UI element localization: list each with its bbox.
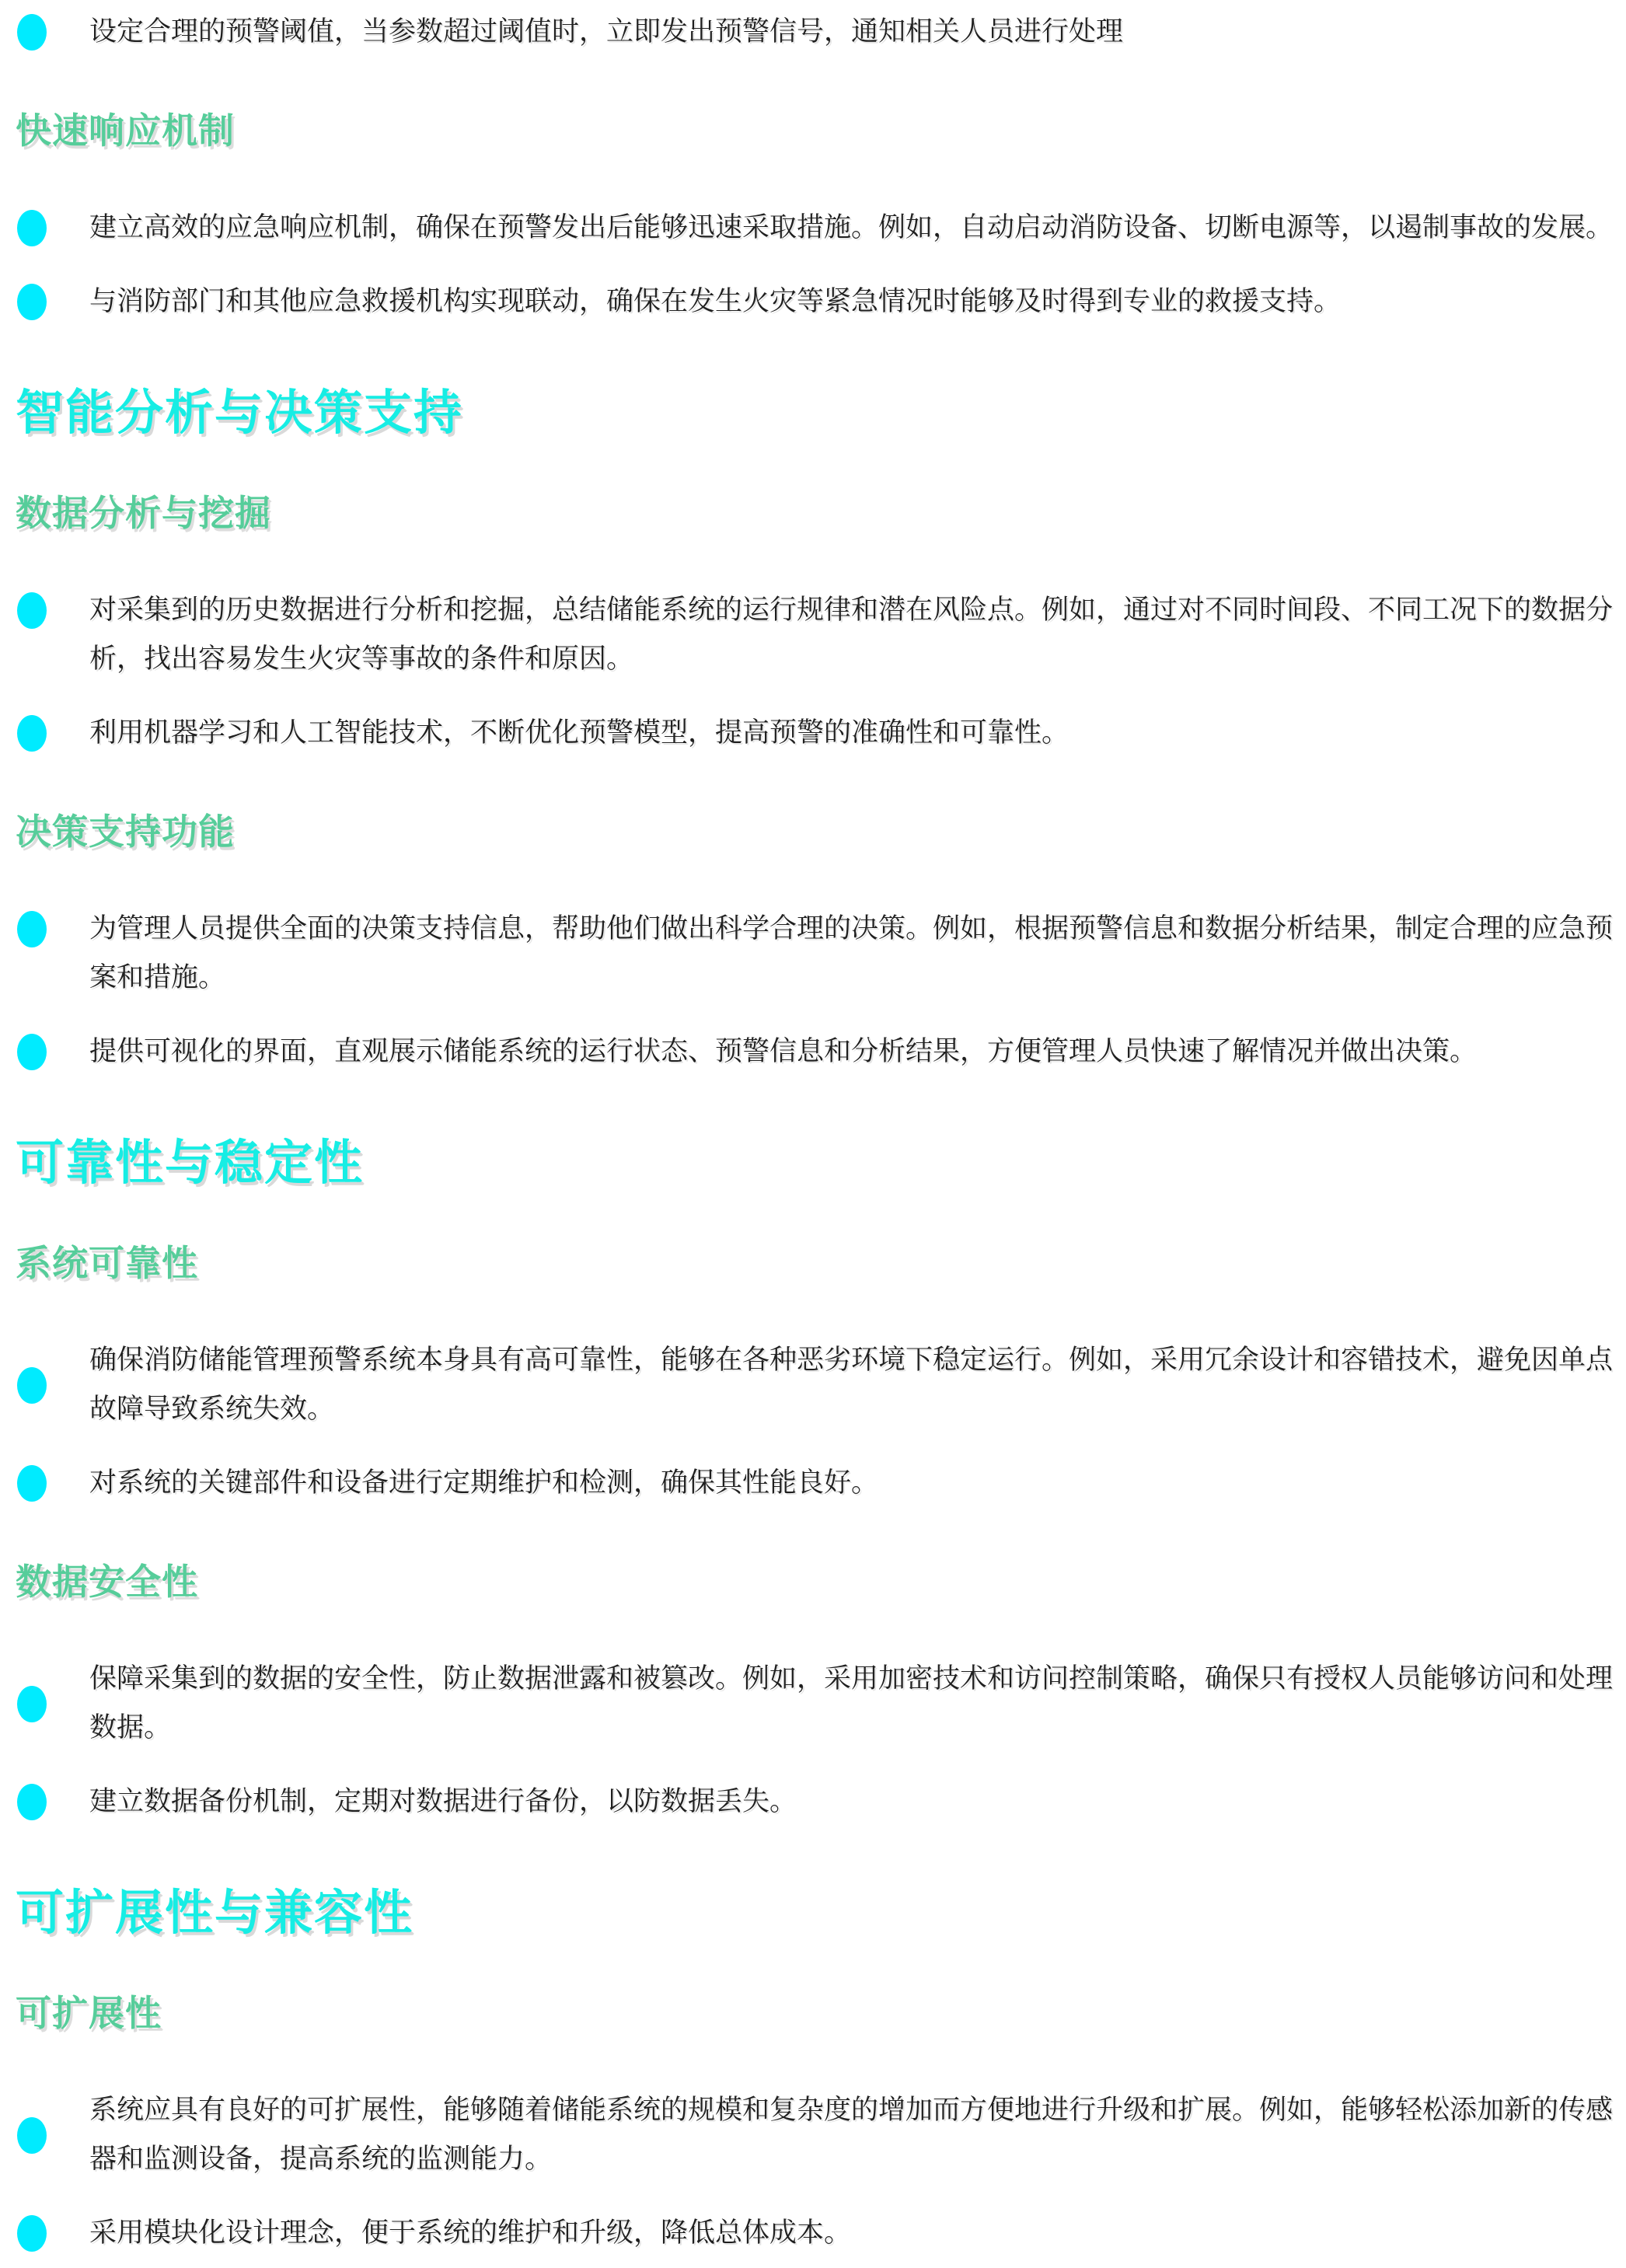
list-item: 为管理人员提供全面的决策支持信息，帮助他们做出科学合理的决策。例如，根据预警信息… <box>0 905 1618 1003</box>
document-page: 设定合理的预警阈值，当参数超过阈值时，立即发出预警信号，通知相关人员进行处理 快… <box>0 0 1626 2268</box>
subsection-heading: 数据分析与挖掘 <box>16 491 1626 535</box>
list-item: 保障采集到的数据的安全性，防止数据泄露和被篡改。例如，采用加密技术和访问控制策略… <box>0 1655 1618 1753</box>
bullet-dot-icon <box>17 1784 47 1820</box>
bullet-dot-icon <box>17 1686 47 1722</box>
subsection-heading: 可扩展性 <box>16 1991 1626 2035</box>
bullet-text: 提供可视化的界面，直观展示储能系统的运行状态、预警信息和分析结果，方便管理人员快… <box>89 1028 1618 1076</box>
bullet-text: 对系统的关键部件和设备进行定期维护和检测，确保其性能良好。 <box>89 1459 1618 1508</box>
bullet-dot-icon <box>17 1034 47 1070</box>
bullet-dot-icon <box>17 2117 47 2154</box>
bullet-text: 与消防部门和其他应急救援机构实现联动，确保在发生火灾等紧急情况时能够及时得到专业… <box>89 277 1618 326</box>
bullet-text: 建立高效的应急响应机制，确保在预警发出后能够迅速采取措施。例如，自动启动消防设备… <box>89 204 1618 253</box>
list-item: 建立数据备份机制，定期对数据进行备份，以防数据丢失。 <box>0 1778 1618 1827</box>
list-item: 对系统的关键部件和设备进行定期维护和检测，确保其性能良好。 <box>0 1459 1618 1508</box>
bullet-text: 利用机器学习和人工智能技术，不断优化预警模型，提高预警的准确性和可靠性。 <box>89 709 1618 758</box>
bullet-dot-icon <box>17 1367 47 1404</box>
list-item: 利用机器学习和人工智能技术，不断优化预警模型，提高预警的准确性和可靠性。 <box>0 709 1618 758</box>
list-item: 与消防部门和其他应急救援机构实现联动，确保在发生火灾等紧急情况时能够及时得到专业… <box>0 277 1618 326</box>
section-heading: 可扩展性与兼容性 <box>16 1885 1626 1941</box>
bullet-text: 保障采集到的数据的安全性，防止数据泄露和被篡改。例如，采用加密技术和访问控制策略… <box>89 1655 1618 1753</box>
bullet-dot-icon <box>17 911 47 947</box>
list-item: 对采集到的历史数据进行分析和挖掘，总结储能系统的运行规律和潜在风险点。例如，通过… <box>0 586 1618 684</box>
bullet-dot-icon <box>17 1465 47 1502</box>
bullet-dot-icon <box>17 284 47 320</box>
list-item: 提供可视化的界面，直观展示储能系统的运行状态、预警信息和分析结果，方便管理人员快… <box>0 1028 1618 1076</box>
bullet-text: 系统应具有良好的可扩展性，能够随着储能系统的规模和复杂度的增加而方便地进行升级和… <box>89 2086 1618 2184</box>
list-item: 建立高效的应急响应机制，确保在预警发出后能够迅速采取措施。例如，自动启动消防设备… <box>0 204 1618 253</box>
list-item: 采用模块化设计理念，便于系统的维护和升级，降低总体成本。 <box>0 2209 1618 2258</box>
bullet-text: 确保消防储能管理预警系统本身具有高可靠性，能够在各种恶劣环境下稳定运行。例如，采… <box>89 1336 1618 1434</box>
bullet-text: 建立数据备份机制，定期对数据进行备份，以防数据丢失。 <box>89 1778 1618 1827</box>
section-heading: 智能分析与决策支持 <box>16 385 1626 441</box>
bullet-text: 采用模块化设计理念，便于系统的维护和升级，降低总体成本。 <box>89 2209 1618 2258</box>
bullet-dot-icon <box>17 210 47 246</box>
subsection-heading: 快速响应机制 <box>16 109 1626 152</box>
list-item: 设定合理的预警阈值，当参数超过阈值时，立即发出预警信号，通知相关人员进行处理 <box>0 8 1618 57</box>
list-item: 确保消防储能管理预警系统本身具有高可靠性，能够在各种恶劣环境下稳定运行。例如，采… <box>0 1336 1618 1434</box>
subsection-heading: 数据安全性 <box>16 1560 1626 1603</box>
bullet-text: 对采集到的历史数据进行分析和挖掘，总结储能系统的运行规律和潜在风险点。例如，通过… <box>89 586 1618 684</box>
list-item: 系统应具有良好的可扩展性，能够随着储能系统的规模和复杂度的增加而方便地进行升级和… <box>0 2086 1618 2184</box>
bullet-dot-icon <box>17 592 47 629</box>
subsection-heading: 决策支持功能 <box>16 810 1626 853</box>
section-heading: 可靠性与稳定性 <box>16 1135 1626 1191</box>
bullet-dot-icon <box>17 14 47 51</box>
subsection-heading: 系统可靠性 <box>16 1241 1626 1285</box>
bullet-dot-icon <box>17 2215 47 2252</box>
bullet-text: 设定合理的预警阈值，当参数超过阈值时，立即发出预警信号，通知相关人员进行处理 <box>89 8 1618 57</box>
bullet-dot-icon <box>17 715 47 752</box>
bullet-text: 为管理人员提供全面的决策支持信息，帮助他们做出科学合理的决策。例如，根据预警信息… <box>89 905 1618 1003</box>
